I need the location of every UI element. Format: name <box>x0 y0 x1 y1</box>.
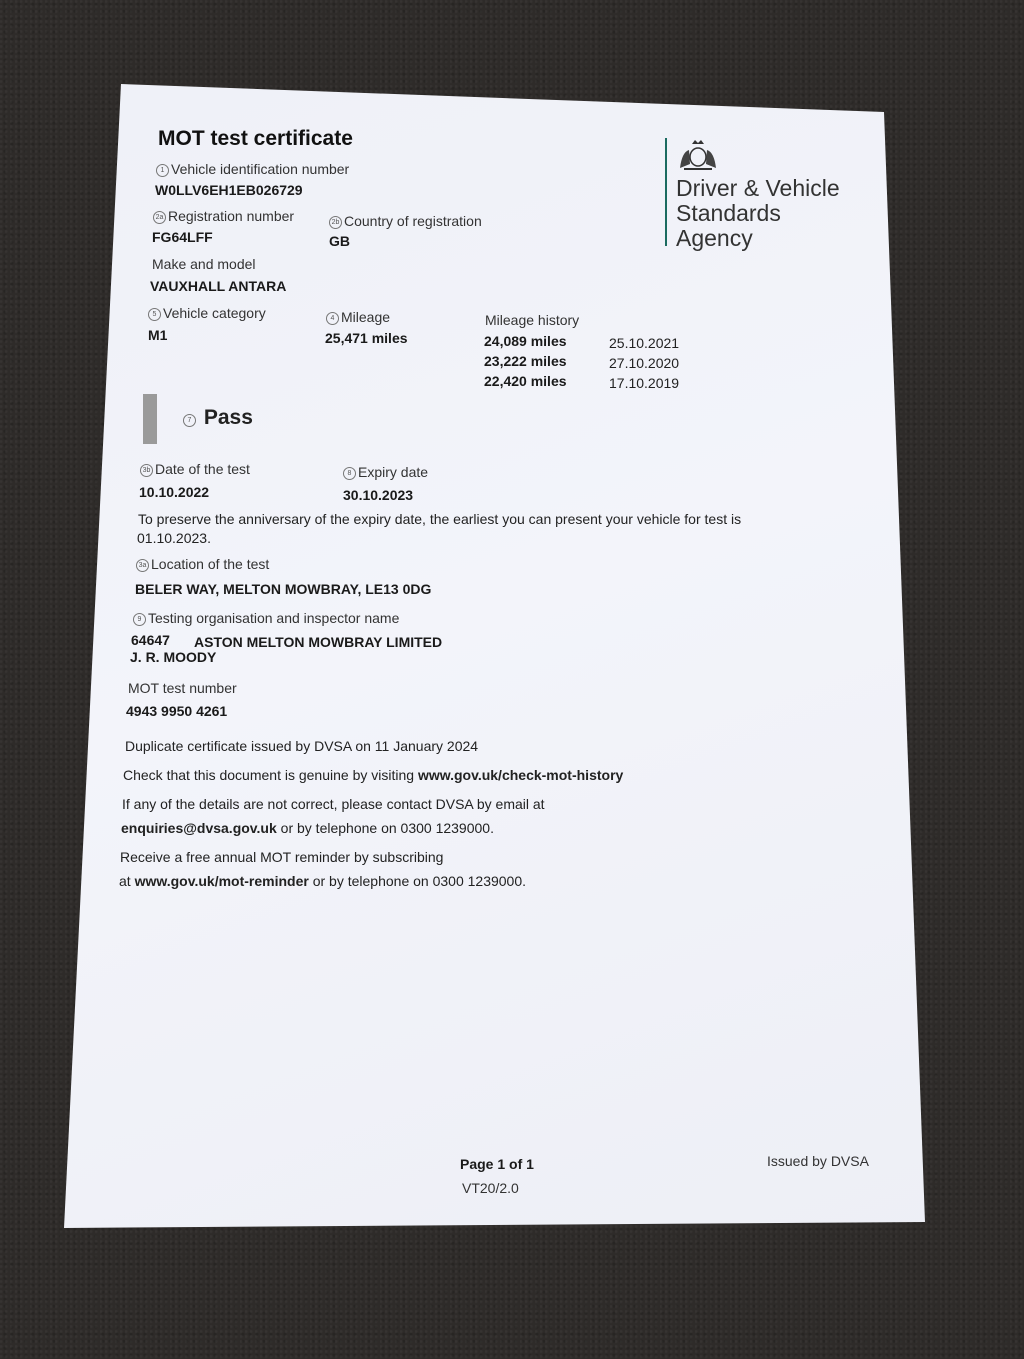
result-bar <box>143 394 157 444</box>
mot-reminder-link[interactable]: www.gov.uk/mot-reminder <box>135 873 309 889</box>
mileage-value: 25,471 miles <box>325 330 408 346</box>
test-result: 7 Pass <box>183 406 253 430</box>
mileage-history-date-3: 17.10.2019 <box>609 375 679 391</box>
mileage-history-miles-1: 24,089 miles <box>484 333 567 349</box>
royal-crest-icon <box>676 138 720 172</box>
reminder-line-2: at www.gov.uk/mot-reminder or by telepho… <box>119 873 526 889</box>
test-number-value: 4943 9950 4261 <box>126 703 227 719</box>
contact-line-2: enquiries@dvsa.gov.uk or by telephone on… <box>121 820 494 836</box>
country-label: 2bCountry of registration <box>329 213 482 229</box>
category-label: 5Vehicle category <box>148 305 266 321</box>
anniversary-note: To preserve the anniversary of the expir… <box>138 511 741 527</box>
certificate-title: MOT test certificate <box>158 127 353 151</box>
page-number: Page 1 of 1 <box>460 1156 534 1172</box>
anniversary-date: 01.10.2023. <box>137 530 211 546</box>
form-code: VT20/2.0 <box>462 1180 519 1196</box>
mileage-history-miles-3: 22,420 miles <box>484 373 567 389</box>
mileage-history-miles-2: 23,222 miles <box>484 353 567 369</box>
vin-label: 1Vehicle identification number <box>156 161 349 177</box>
organisation-code: 64647 <box>131 632 170 648</box>
organisation-label: 9Testing organisation and inspector name <box>133 610 399 626</box>
test-date-label: 3bDate of the test <box>140 461 250 477</box>
expiry-value: 30.10.2023 <box>343 487 413 503</box>
mileage-history-date-1: 25.10.2021 <box>609 335 679 351</box>
country-value: GB <box>329 233 350 249</box>
mileage-history-date-2: 27.10.2020 <box>609 355 679 371</box>
vin-value: W0LLV6EH1EB026729 <box>155 182 303 198</box>
organisation-name: ASTON MELTON MOWBRAY LIMITED <box>194 634 442 650</box>
expiry-label: 8Expiry date <box>343 464 428 480</box>
location-value: BELER WAY, MELTON MOWBRAY, LE13 0DG <box>135 581 431 597</box>
registration-value: FG64LFF <box>152 229 213 245</box>
issued-by: Issued by DVSA <box>767 1153 869 1169</box>
inspector-name: J. R. MOODY <box>130 649 216 665</box>
category-value: M1 <box>148 327 167 343</box>
contact-email-link[interactable]: enquiries@dvsa.gov.uk <box>121 820 277 836</box>
duplicate-note: Duplicate certificate issued by DVSA on … <box>125 738 478 754</box>
registration-label: 2aRegistration number <box>153 208 294 224</box>
make-model-value: VAUXHALL ANTARA <box>150 278 286 294</box>
test-number-label: MOT test number <box>128 680 237 696</box>
mileage-label: 4Mileage <box>326 309 390 325</box>
agency-divider <box>665 138 667 246</box>
contact-line-1: If any of the details are not correct, p… <box>122 796 545 812</box>
location-label: 3aLocation of the test <box>136 556 269 572</box>
check-note: Check that this document is genuine by v… <box>123 767 623 783</box>
mileage-history-label: Mileage history <box>485 312 579 328</box>
reminder-line-1: Receive a free annual MOT reminder by su… <box>120 849 443 865</box>
test-date-value: 10.10.2022 <box>139 484 209 500</box>
agency-name: Driver & Vehicle Standards Agency <box>676 176 840 251</box>
make-model-label: Make and model <box>152 256 256 272</box>
check-mot-history-link[interactable]: www.gov.uk/check-mot-history <box>418 767 623 783</box>
